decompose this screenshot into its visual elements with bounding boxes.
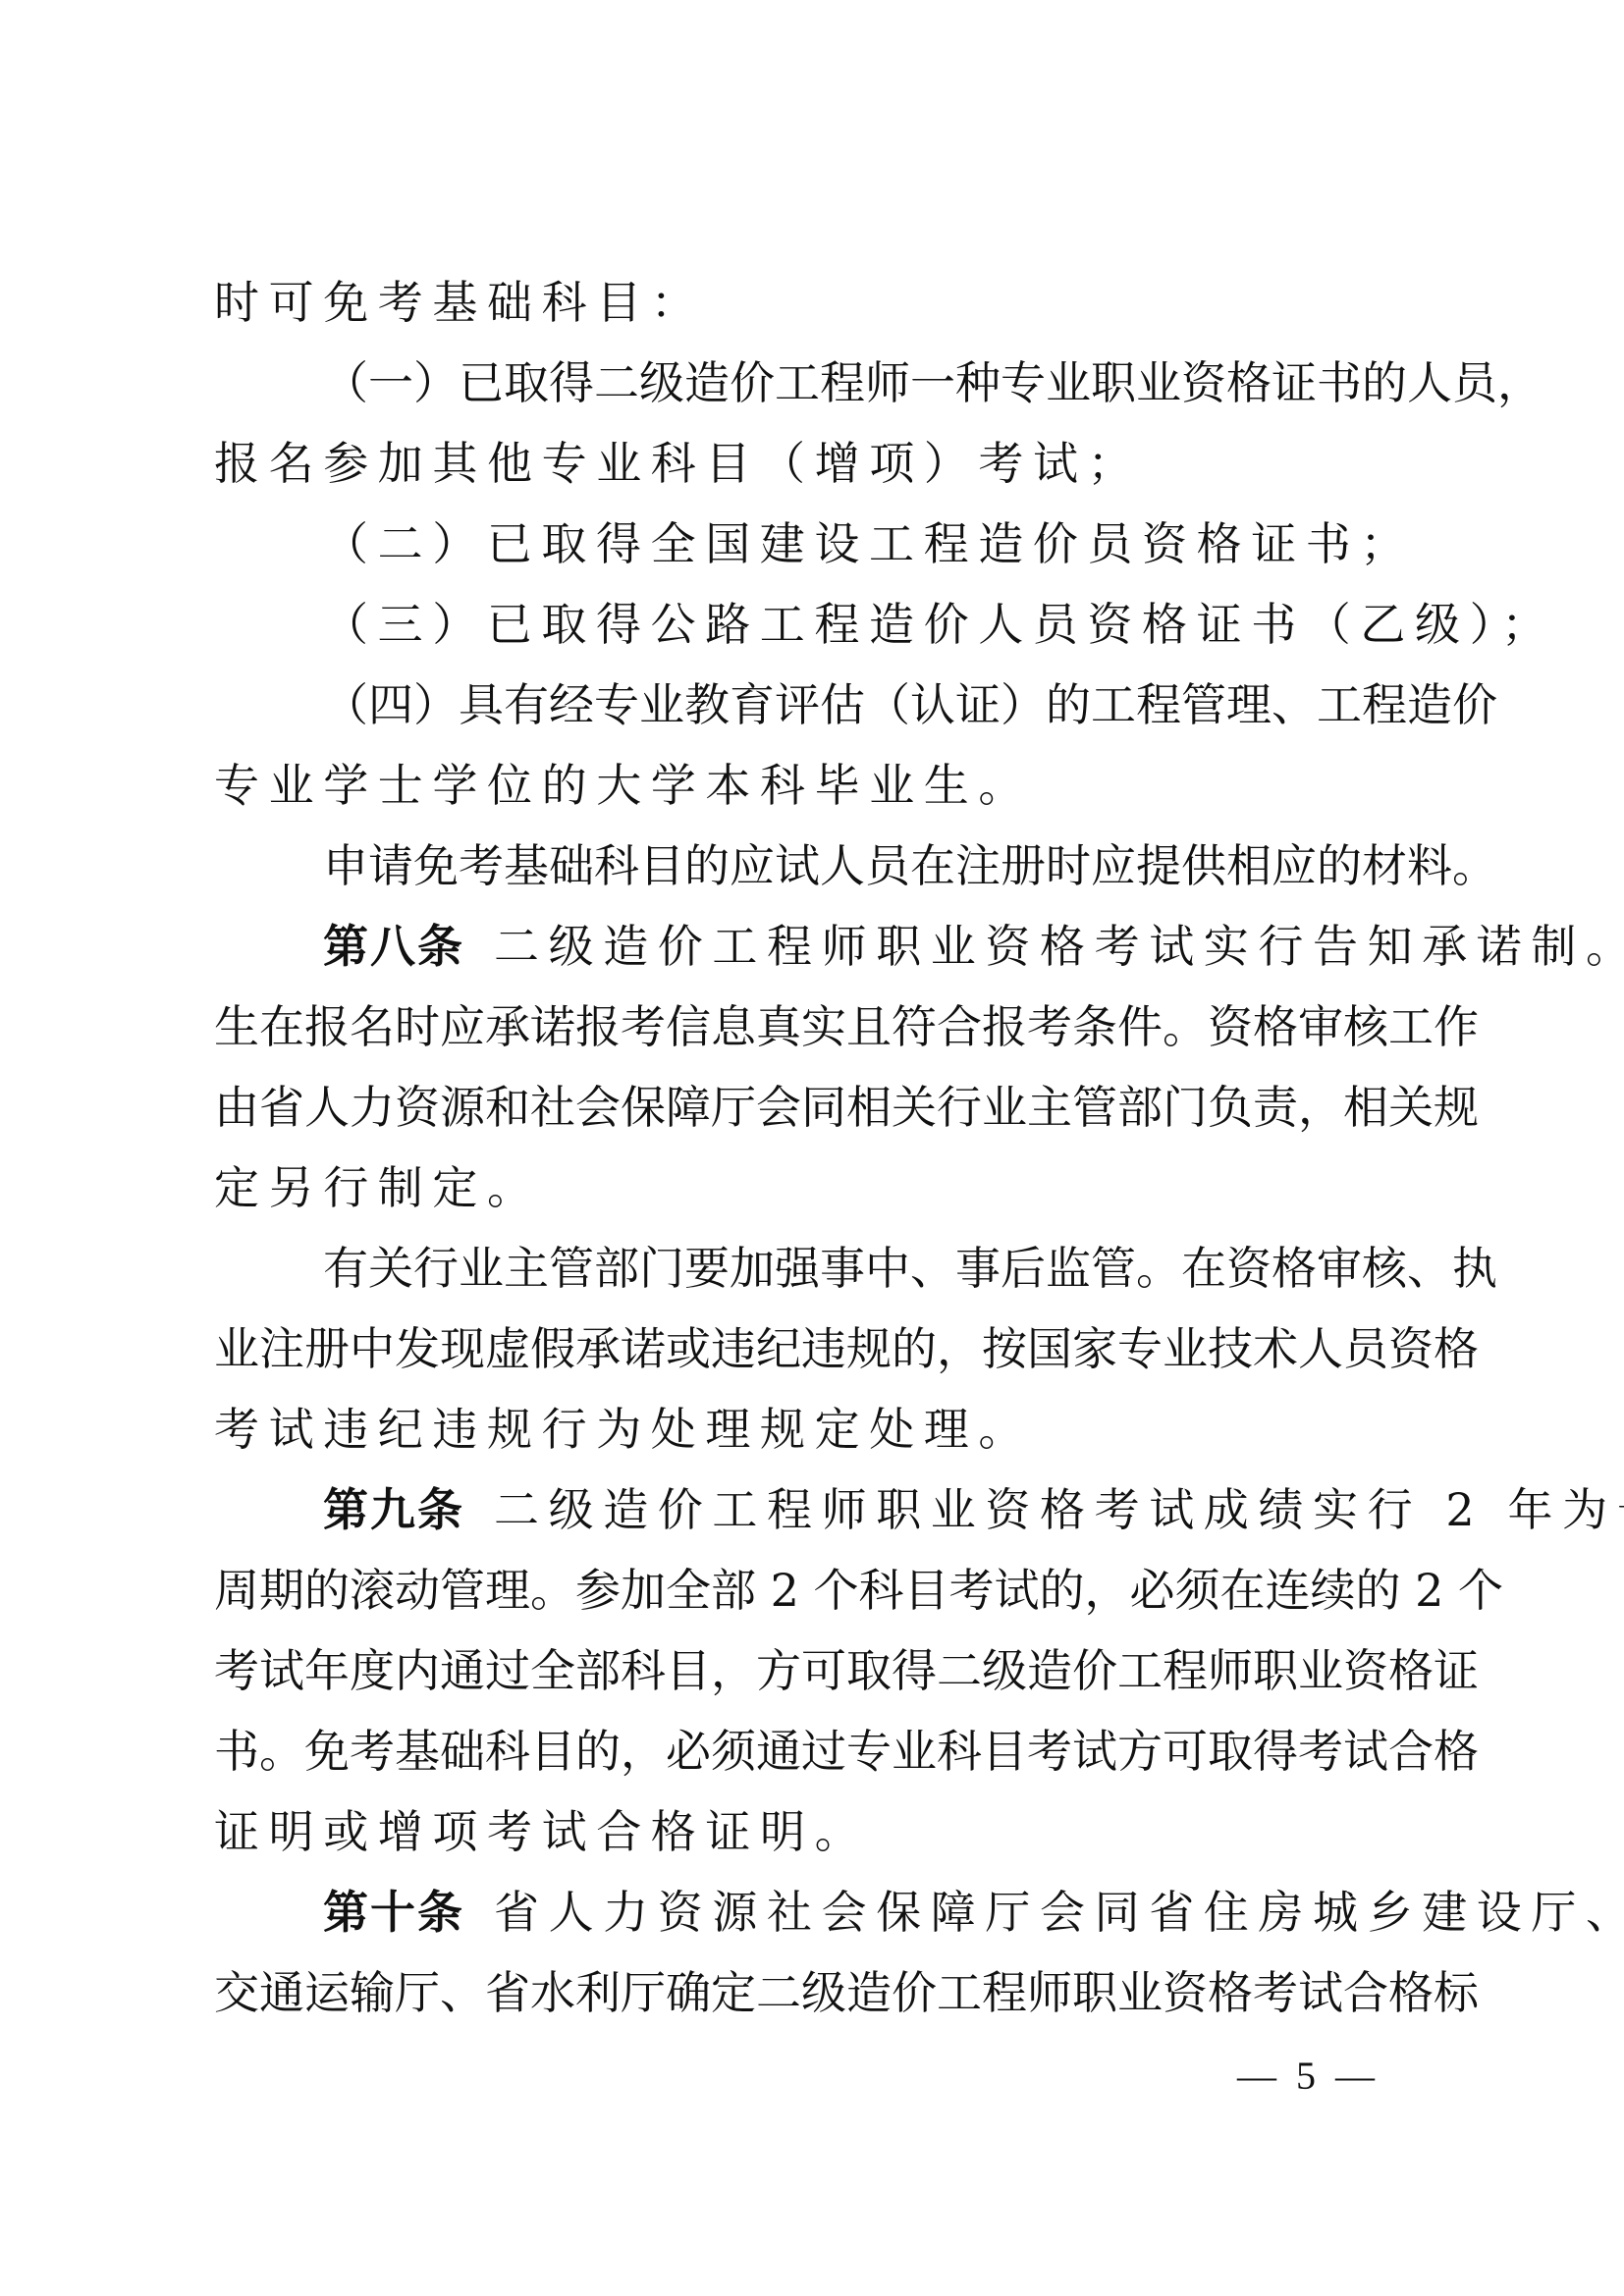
text-line: 交通运输厅、省水利厅确定二级造价工程师职业资格考试合格标 [214, 1963, 1418, 2022]
page-number: — 5 — [1198, 2047, 1414, 2106]
text-line: 考试年度内通过全部科目，方可取得二级造价工程师职业资格证 [214, 1641, 1418, 1700]
text-line: （二）已取得全国建设工程造价员资格证书； [214, 514, 1418, 573]
article-10-label: 第十条 [323, 1886, 464, 1939]
text-line: 书。免考基础科目的，必须通过专业科目考试方可取得考试合格 [214, 1722, 1418, 1781]
text-line: 证明或增项考试合格证明。 [214, 1802, 1418, 1861]
text-line: （四）具有经专业教育评估（认证）的工程管理、工程造价 [214, 675, 1418, 734]
article-8-heading-line: 第八条二级造价工程师职业资格考试实行告知承诺制。考 [214, 917, 1418, 976]
text-line: 生在报名时应承诺报考信息真实且符合报考条件。资格审核工作 [214, 997, 1418, 1056]
text-line: 定另行制定。 [214, 1158, 1418, 1217]
article-10-heading-line: 第十条省人力资源社会保障厅会同省住房城乡建设厅、省 [214, 1883, 1418, 1942]
text-line: 有关行业主管部门要加强事中、事后监管。在资格审核、执 [214, 1239, 1418, 1298]
text-line: （一）已取得二级造价工程师一种专业职业资格证书的人员， [214, 353, 1418, 412]
text-line: 报名参加其他专业科目（增项）考试； [214, 434, 1418, 493]
text-line: （三）已取得公路工程造价人员资格证书（乙级）； [214, 595, 1418, 654]
article-8-label: 第八条 [323, 920, 464, 973]
document-page: 时可免考基础科目： （一）已取得二级造价工程师一种专业职业资格证书的人员， 报名… [0, 0, 1624, 2296]
article-9-label: 第九条 [323, 1483, 464, 1536]
text-line: 专业学士学位的大学本科毕业生。 [214, 756, 1418, 815]
text-line: 时可免考基础科目： [214, 273, 1418, 332]
text-line: 申请免考基础科目的应试人员在注册时应提供相应的材料。 [214, 836, 1418, 895]
article-9-heading-line: 第九条二级造价工程师职业资格考试成绩实行 2 年为一个 [214, 1480, 1418, 1539]
text-line: 由省人力资源和社会保障厅会同相关行业主管部门负责，相关规 [214, 1078, 1418, 1137]
text-line: 考试违纪违规行为处理规定处理。 [214, 1400, 1418, 1459]
text-line: 周期的滚动管理。参加全部 2 个科目考试的，必须在连续的 2 个 [214, 1561, 1418, 1620]
text-line: 业注册中发现虚假承诺或违纪违规的，按国家专业技术人员资格 [214, 1319, 1418, 1378]
